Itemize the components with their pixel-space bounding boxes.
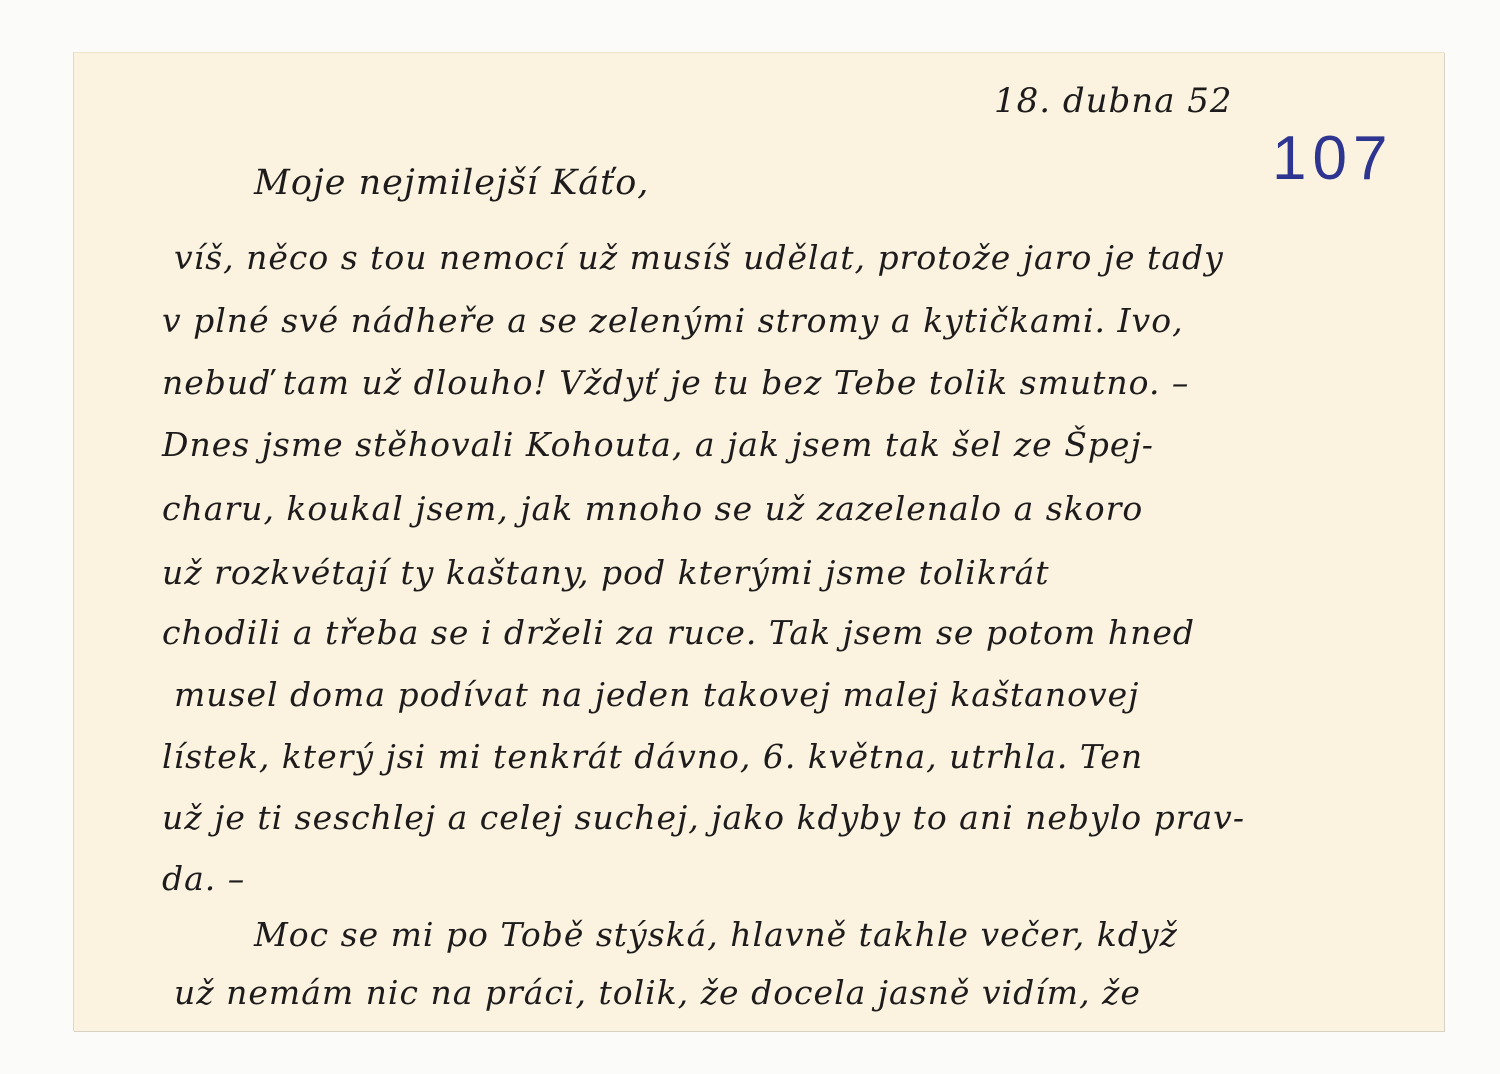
letter-line: musel doma podívat na jeden takovej male… — [174, 675, 1139, 714]
letter-line: chodili a třeba se i drželi za ruce. Tak… — [162, 613, 1195, 652]
archive-number: 107 — [1272, 123, 1393, 194]
letter-line: víš, něco s tou nemocí už musíš udělat, … — [174, 238, 1224, 277]
letter-line: už rozkvétají ty kaštany, pod kterými js… — [162, 553, 1050, 592]
letter-line: v plné své nádheře a se zelenými stromy … — [162, 301, 1184, 340]
letter-line: už nemám nic na práci, tolik, že docela … — [174, 973, 1141, 1012]
letter-card: 18. dubna 52 107 Moje nejmilejší Káťo, v… — [73, 52, 1444, 1031]
salutation: Moje nejmilejší Káťo, — [254, 163, 649, 203]
letter-line: Moc se mi po Tobě stýská, hlavně takhle … — [254, 915, 1178, 954]
letter-line: lístek, který jsi mi tenkrát dávno, 6. k… — [162, 737, 1143, 776]
letter-line: už je ti seschlej a celej suchej, jako k… — [162, 798, 1245, 837]
letter-line: da. – — [162, 859, 245, 898]
letter-line: charu, koukal jsem, jak mnoho se už zaze… — [162, 489, 1143, 528]
letter-date: 18. dubna 52 — [994, 81, 1233, 121]
letter-line: Dnes jsme stěhovali Kohouta, a jak jsem … — [162, 425, 1154, 464]
letter-line: nebuď tam už dlouho! Vždyť je tu bez Teb… — [162, 363, 1189, 402]
